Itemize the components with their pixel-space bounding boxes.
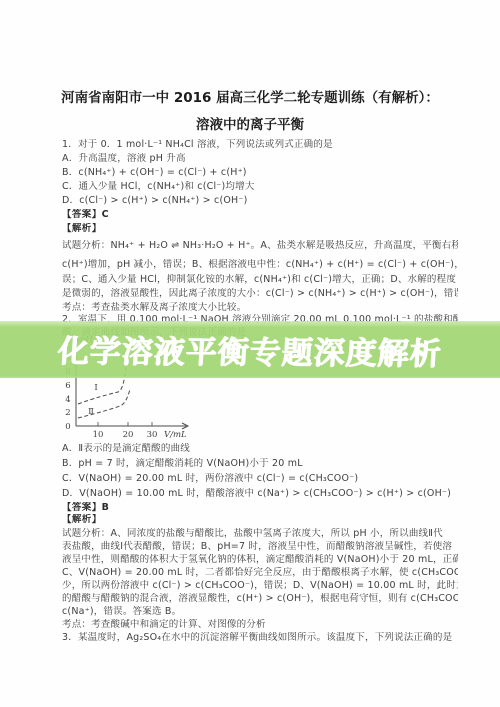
q1-analysis-line: 试题分析：NH₄⁺ + H₂O ⇌ NH₃·H₂O + H⁺。A、盐类水解是吸热… xyxy=(62,240,458,252)
q2-analysis-line: 试题分析：A、同浓度的盐酸与醋酸比，盐酸中氢离子浓度大，所以 pH 小，所以曲线… xyxy=(62,528,458,540)
q1-stem: 1．对于 0．1 mol·L⁻¹ NH₄Cl 溶液，下列说法或列式正确的是 xyxy=(62,139,458,151)
y-tick-0: 0 xyxy=(65,422,70,432)
curve-I-label: Ⅰ xyxy=(94,383,97,393)
q2-answer: 【答案】B xyxy=(62,502,458,514)
watermark-banner: 化学溶液平衡专题深度解析 xyxy=(0,321,500,378)
x-tick-30: 30 xyxy=(147,430,158,440)
y-tick-4: 4 xyxy=(65,395,70,405)
x-tick-20: 20 xyxy=(123,430,134,440)
doc-title-line2: 溶液中的离子平衡 xyxy=(0,113,500,133)
q2-option-c: C．V(NaOH) = 20.00 mL 时，两份溶液中 c(Cl⁻) = c(… xyxy=(62,473,458,485)
q1-analysis-line: 误；C、通入少量 HCl，抑制氯化铵的水解，c(NH₄⁺)和 c(Cl⁻)增大，… xyxy=(62,274,458,286)
q2-option-b: B．pH = 7 时，滴定醋酸消耗的 V(NaOH)小于 20 mL xyxy=(62,458,458,470)
q2-analysis-line: 表盐酸，曲线Ⅰ代表醋酸，错误；B、pH=7 时，溶液呈中性，而醋酸钠溶液呈碱性，… xyxy=(62,541,458,553)
q2-analysis-line: C、V(NaOH) = 20.00 mL 时，二者都恰好完全反应，由于醋酸根离子… xyxy=(62,567,458,579)
q1-option-a: A．升高温度，溶液 pH 升高 xyxy=(62,153,458,165)
q2-option-d: D．V(NaOH) = 10.00 mL 时，醋酸溶液中 c(Na⁺) > c(… xyxy=(62,488,458,500)
q2-analysis-line: c(Na⁺)，错误。答案选 B。 xyxy=(62,606,458,618)
q2-keypoint: 考点：考查酸碱中和滴定的计算、对图像的分析 xyxy=(62,619,458,631)
exam-document-page: 河南省南阳市一中 2016 届高三化学二轮专题训练（有解析）： 溶液中的离子平衡… xyxy=(0,0,500,707)
curve-II-label: Ⅱ xyxy=(88,407,94,417)
q1-analysis-label: 【解析】 xyxy=(62,223,458,235)
q3-stem: 3．某温度时，Ag₂SO₄在水中的沉淀溶解平衡曲线如图所示。该温度下，下列说法正… xyxy=(62,632,458,644)
q1-option-c: C．通入少量 HCl，c(NH₄⁺)和 c(Cl⁻)均增大 xyxy=(62,181,458,193)
y-tick-6: 6 xyxy=(65,381,70,391)
q2-analysis-line: 少，所以两份溶液中 c(Cl⁻) > c(CH₃COO⁻)，错误；D、V(NaO… xyxy=(62,580,458,592)
q1-analysis-line: 是微弱的，溶液显酸性，因此离子浓度的大小：c(Cl⁻) > c(NH₄⁺) > … xyxy=(62,288,458,300)
x-axis-label: V/mL xyxy=(164,430,187,440)
q2-analysis-line: 液呈中性，则醋酸的体积大于氢氧化钠的体积，滴定醋酸消耗的 V(NaOH)小于 2… xyxy=(62,554,458,566)
q1-keypoint: 考点：考查盐类水解及离子浓度大小比较。 xyxy=(62,302,458,314)
watermark-banner-text: 化学溶液平衡专题深度解析 xyxy=(57,326,444,374)
q2-analysis-label: 【解析】 xyxy=(62,514,458,526)
curve-II-hydrochloric-acid xyxy=(78,389,130,418)
q1-answer: 【答案】C xyxy=(62,209,458,221)
x-tick-10: 10 xyxy=(93,430,104,440)
q1-option-b: B．c(NH₄⁺) + c(OH⁻) = c(Cl⁻) + c(H⁺) xyxy=(62,167,458,179)
y-tick-2: 2 xyxy=(65,408,70,418)
q1-analysis-line: c(H⁺)增加，pH 减小，错误；B、根据溶液电中性：c(NH₄⁺) + c(H… xyxy=(62,259,458,271)
q1-option-d: D．c(Cl⁻) > c(H⁺) > c(NH₄⁺) > c(OH⁻) xyxy=(62,195,458,207)
q2-analysis-line: 的醋酸与醋酸钠的混合液，溶液显酸性，c(H⁺) > c(OH⁻)，根据电荷守恒，… xyxy=(62,593,458,605)
doc-title-line1: 河南省南阳市一中 2016 届高三化学二轮专题训练（有解析）： xyxy=(0,86,500,106)
